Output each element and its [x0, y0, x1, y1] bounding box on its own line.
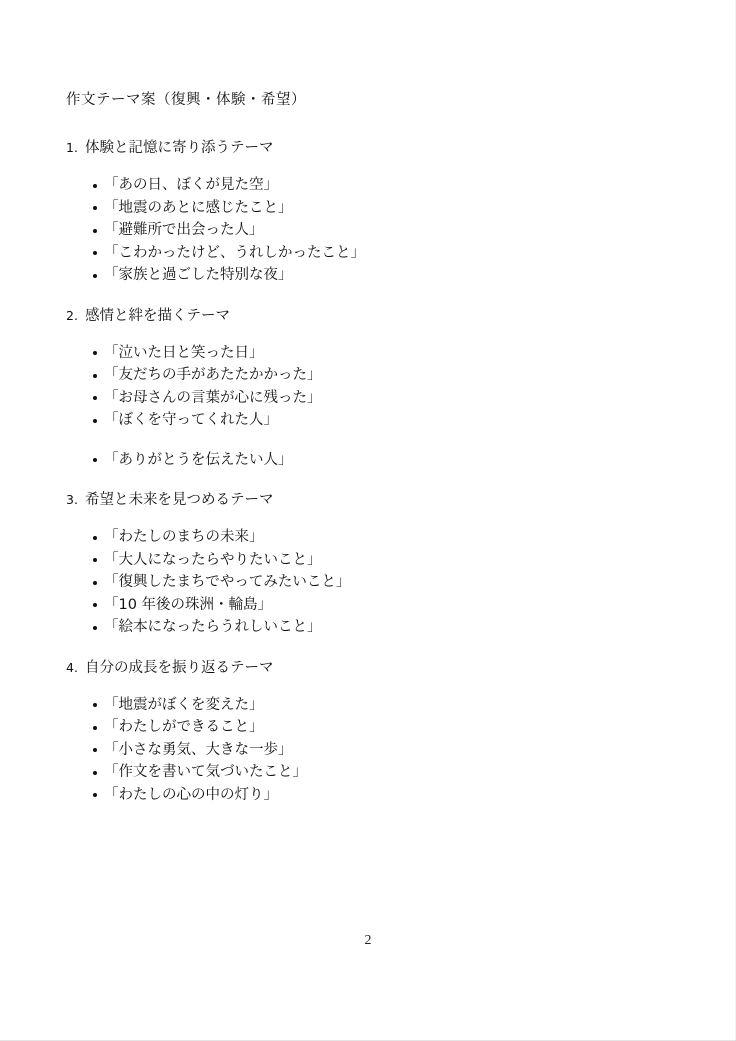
list-item-text: 「あの日、ぼくが見た空」	[104, 177, 278, 193]
bullet-icon	[93, 626, 97, 630]
document-title: 作文テーマ案（復興・体験・希望）	[66, 93, 676, 108]
theme-section: 4.自分の成長を振り返るテーマ 「地震がぼくを変えた」 「わたしができること」 …	[66, 660, 676, 807]
list-item: 「ぼくを守ってくれた人」	[66, 409, 676, 432]
bullet-icon	[93, 603, 97, 607]
list-item-text: 「地震がぼくを変えた」	[104, 697, 264, 713]
list-item-text: 「わたしができること」	[104, 719, 264, 735]
section-heading: 1.体験と記憶に寄り添うテーマ	[66, 140, 676, 156]
bullet-icon	[93, 229, 97, 233]
bullet-icon	[93, 581, 97, 585]
list-item: 「復興したまちでやってみたいこと」	[66, 571, 676, 594]
list-item-text: 「絵本になったらうれしいこと」	[104, 619, 322, 635]
section-heading: 3.希望と未来を見つめるテーマ	[66, 492, 676, 508]
theme-section: 1.体験と記憶に寄り添うテーマ 「あの日、ぼくが見た空」 「地震のあとに感じたこ…	[66, 140, 676, 287]
section-number: 2.	[66, 308, 85, 323]
list-item-text: 「お母さんの言葉が心に残った」	[104, 390, 322, 406]
list-item-text: 「復興したまちでやってみたいこと」	[104, 574, 350, 590]
list-item-text: 「小さな勇気、大きな一歩」	[104, 742, 293, 758]
bullet-icon	[93, 771, 97, 775]
list-item-text: 「ぼくを守ってくれた人」	[104, 412, 278, 428]
list-item: 「友だちの手があたたかかった」	[66, 364, 676, 387]
list-item-text: 「泣いた日と笑った日」	[104, 345, 264, 361]
list-item: 「地震のあとに感じたこと」	[66, 197, 676, 220]
bullet-icon	[93, 726, 97, 730]
list-item-text: 「わたしのまちの未来」	[104, 529, 264, 545]
list-item-text: 「わたしの心の中の灯り」	[104, 787, 278, 803]
list-item: 「10 年後の珠洲・輪島」	[66, 594, 676, 617]
page-number: 2	[0, 933, 736, 949]
list-item: 「小さな勇気、大きな一歩」	[66, 739, 676, 762]
list-item-text: 「避難所で出会った人」	[104, 222, 264, 238]
list-item: 「わたしのまちの未来」	[66, 526, 676, 549]
theme-section: 3.希望と未来を見つめるテーマ 「わたしのまちの未来」 「大人になったらやりたい…	[66, 492, 676, 639]
list-item: 「地震がぼくを変えた」	[66, 694, 676, 717]
bullet-icon	[93, 374, 97, 378]
section-heading-text: 感情と絆を描くテーマ	[85, 308, 230, 324]
list-item-text: 「大人になったらやりたいこと」	[104, 552, 322, 568]
list-item: 「お母さんの言葉が心に残った」	[66, 387, 676, 410]
document-page: 作文テーマ案（復興・体験・希望） 1.体験と記憶に寄り添うテーマ 「あの日、ぼく…	[0, 0, 736, 1041]
bullet-icon	[93, 748, 97, 752]
bullet-icon	[93, 251, 97, 255]
bullet-icon	[93, 274, 97, 278]
list-item-text: 「ありがとうを伝えたい人」	[104, 452, 293, 468]
list-item: 「あの日、ぼくが見た空」	[66, 174, 676, 197]
bullet-icon	[93, 536, 97, 540]
list-item: 「大人になったらやりたいこと」	[66, 549, 676, 572]
bullet-icon	[93, 419, 97, 423]
bullet-list: 「わたしのまちの未来」 「大人になったらやりたいこと」 「復興したまちでやってみ…	[66, 526, 676, 639]
bullet-list: 「泣いた日と笑った日」 「友だちの手があたたかかった」 「お母さんの言葉が心に残…	[66, 342, 676, 472]
list-item-text: 「こわかったけど、うれしかったこと」	[104, 245, 365, 261]
list-item: 「泣いた日と笑った日」	[66, 342, 676, 365]
section-number: 3.	[66, 492, 85, 507]
list-item: 「わたしができること」	[66, 716, 676, 739]
list-item: 「作文を書いて気づいたこと」	[66, 761, 676, 784]
bullet-icon	[93, 703, 97, 707]
list-item: 「絵本になったらうれしいこと」	[66, 616, 676, 639]
section-heading-text: 自分の成長を振り返るテーマ	[85, 660, 274, 676]
list-item-text: 「10 年後の珠洲・輪島」	[104, 597, 272, 613]
bullet-icon	[93, 396, 97, 400]
list-item: 「わたしの心の中の灯り」	[66, 784, 676, 807]
list-item-text: 「友だちの手があたたかかった」	[104, 367, 322, 383]
list-item-text: 「作文を書いて気づいたこと」	[104, 764, 307, 780]
section-heading: 2.感情と絆を描くテーマ	[66, 308, 676, 324]
list-item: 「こわかったけど、うれしかったこと」	[66, 242, 676, 265]
list-item: 「ありがとうを伝えたい人」	[66, 449, 676, 472]
bullet-icon	[93, 206, 97, 210]
bullet-list: 「あの日、ぼくが見た空」 「地震のあとに感じたこと」 「避難所で出会った人」 「…	[66, 174, 676, 287]
section-heading: 4.自分の成長を振り返るテーマ	[66, 660, 676, 676]
bullet-icon	[93, 184, 97, 188]
list-item: 「家族と過ごした特別な夜」	[66, 264, 676, 287]
bullet-icon	[93, 558, 97, 562]
list-item-text: 「地震のあとに感じたこと」	[104, 200, 293, 216]
section-number: 4.	[66, 660, 85, 675]
bullet-icon	[93, 793, 97, 797]
section-heading-text: 希望と未来を見つめるテーマ	[85, 492, 274, 508]
list-item-text: 「家族と過ごした特別な夜」	[104, 267, 293, 283]
theme-sections: 1.体験と記憶に寄り添うテーマ 「あの日、ぼくが見た空」 「地震のあとに感じたこ…	[66, 140, 676, 806]
section-number: 1.	[66, 140, 85, 155]
bullet-icon	[93, 351, 97, 355]
bullet-icon	[93, 458, 97, 462]
theme-section: 2.感情と絆を描くテーマ 「泣いた日と笑った日」 「友だちの手があたたかかった」…	[66, 308, 676, 472]
section-heading-text: 体験と記憶に寄り添うテーマ	[85, 140, 274, 156]
list-item: 「避難所で出会った人」	[66, 219, 676, 242]
bullet-list: 「地震がぼくを変えた」 「わたしができること」 「小さな勇気、大きな一歩」 「作…	[66, 694, 676, 807]
